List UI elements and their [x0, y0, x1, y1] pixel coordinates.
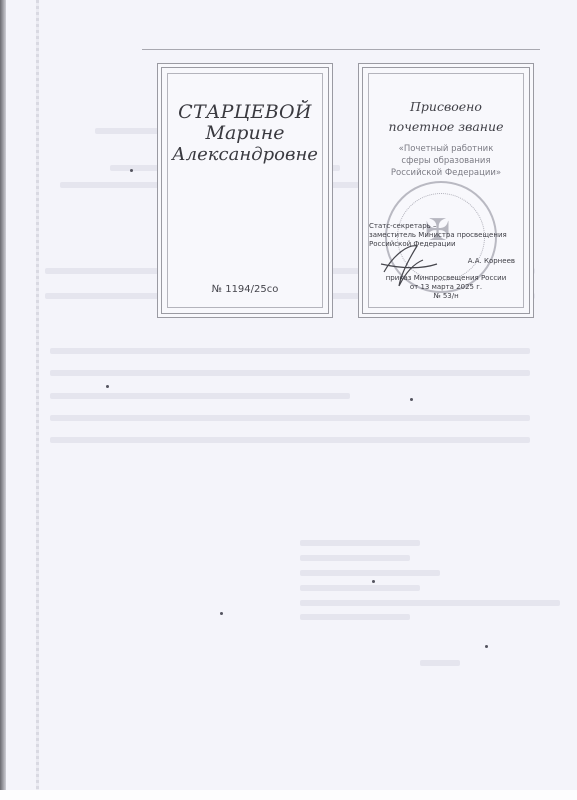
scan-edge-shadow — [0, 0, 6, 790]
honorary-title-line-2: сферы образования — [359, 155, 533, 167]
certificate-number: № 1194/25со — [158, 284, 332, 295]
certificate-name-panel: СТАРЦЕВОЙ Марине Александровне № 1194/25… — [157, 63, 333, 318]
recipient-name: СТАРЦЕВОЙ Марине Александровне — [158, 102, 332, 165]
show-through-text — [300, 585, 420, 591]
order-line-2: от 13 марта 2025 г. — [359, 283, 533, 292]
signatory-line-1: Статс-секретарь – — [369, 222, 527, 231]
show-through-text — [420, 660, 460, 666]
show-through-text — [50, 393, 350, 399]
scan-speck — [372, 580, 375, 583]
order-line-3: № 53/н — [359, 292, 533, 301]
recipient-patronymic: Александровне — [158, 144, 332, 165]
show-through-text — [50, 437, 530, 443]
honorary-title: «Почетный работник сферы образования Рос… — [359, 143, 533, 179]
honorary-title-line-3: Российской Федерации» — [359, 167, 533, 179]
recipient-given-name: Марине — [158, 123, 332, 144]
order-reference: приказ Минпросвещения России от 13 марта… — [359, 274, 533, 301]
show-through-text — [300, 540, 420, 546]
scan-speck — [485, 645, 488, 648]
scanned-page: СТАРЦЕВОЙ Марине Александровне № 1194/25… — [0, 0, 577, 790]
scan-speck — [220, 612, 223, 615]
scan-speck — [130, 169, 133, 172]
honorary-title-line-1: «Почетный работник — [359, 143, 533, 155]
show-through-text — [50, 415, 530, 421]
awarded-line-1: Присвоено — [359, 97, 533, 117]
awarded-line-2: почетное звание — [359, 117, 533, 137]
show-through-text — [50, 348, 530, 354]
awarded-heading: Присвоено почетное звание — [359, 97, 533, 137]
recipient-surname: СТАРЦЕВОЙ — [158, 102, 332, 123]
show-through-text — [300, 570, 440, 576]
signer-name: А.А. Корнеев — [468, 257, 515, 265]
scan-speck — [106, 385, 109, 388]
top-rule-line — [142, 49, 540, 50]
show-through-text — [300, 600, 560, 606]
order-line-1: приказ Минпросвещения России — [359, 274, 533, 283]
binding-perforation — [36, 0, 39, 790]
show-through-text — [50, 370, 530, 376]
show-through-text — [300, 555, 410, 561]
scan-speck — [410, 398, 413, 401]
certificate-award-panel: Присвоено почетное звание «Почетный рабо… — [358, 63, 534, 318]
show-through-text — [300, 614, 410, 620]
